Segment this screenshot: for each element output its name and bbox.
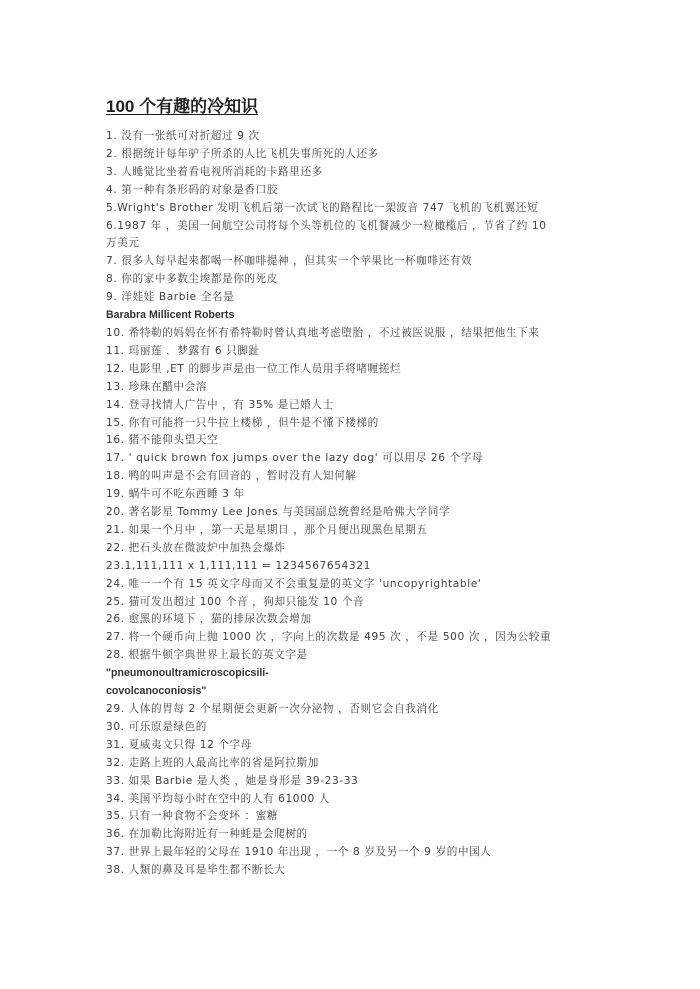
list-item: 31. 夏威夷文只得 12 个字母 bbox=[106, 737, 596, 755]
list-item-continuation: Barabra Millicent Roberts bbox=[106, 307, 596, 325]
list-item: 14. 登寻找情人广告中 ，有 35% 是已婚人士 bbox=[106, 397, 596, 415]
list-item: 35. 只有一种食物不会变坏 ：蜜糖 bbox=[106, 808, 596, 826]
list-item: 5.Wright's Brother 发明飞机后第一次试飞的路程比一架波音 74… bbox=[106, 200, 596, 218]
list-item: 24. 唯一一个有 15 英文字母而又不会重复是的英文字 'uncopyrigh… bbox=[106, 576, 596, 594]
list-item: 1. 没有一张纸可对折超过 9 次 bbox=[106, 128, 596, 146]
list-item: 10. 希特勒的妈妈在怀有希特勒时曾认真地考虑堕胎 ，不过被医说服 ，结果把他生… bbox=[106, 325, 596, 343]
list-item: 17. ' quick brown fox jumps over the laz… bbox=[106, 450, 596, 468]
list-item: 27. 将一个硬币向上抛 1000 次 ，字向上的次数是 495 次 ，不是 5… bbox=[106, 629, 596, 647]
list-item: 7. 很多人每早起来都喝一杯咖啡提神 ，但其实一个苹果比一杯咖啡还有效 bbox=[106, 253, 596, 271]
list-item-continuation: "pneumonoultramicroscopicsili- bbox=[106, 665, 596, 683]
list-item: 4. 第一种有条形码的对象是香口胶 bbox=[106, 182, 596, 200]
list-item: 6.1987 年 ，美国一间航空公司将每个头等机位的飞机餐减少一粒橄榄后 ，节省… bbox=[106, 218, 596, 236]
list-item: 33. 如果 Barbie 是人类 ，她是身形是 39-23-33 bbox=[106, 773, 596, 791]
list-item: 28. 根据牛顿字典世界上最长的英文字是 bbox=[106, 647, 596, 665]
list-item: 11. 玛丽莲 ．梦露有 6 只脚趾 bbox=[106, 343, 596, 361]
list-item: 38. 人類的鼻及耳是毕生都不断长大 bbox=[106, 862, 596, 880]
list-item: 25. 猫可发出超过 100 个音 ，狗却只能发 10 个音 bbox=[106, 594, 596, 612]
list-item: 2. 根据统计每年驴子所杀的人比飞机失事所死的人还多 bbox=[106, 146, 596, 164]
list-item: 36. 在加勒比海附近有一种蚝是会爬树的 bbox=[106, 826, 596, 844]
list-item: 22. 把石头放在微波炉中加热会爆炸 bbox=[106, 540, 596, 558]
list-item-continuation: covolcanoconiosis" bbox=[106, 683, 596, 701]
document-title: 100 个有趣的冷知识 bbox=[106, 96, 596, 118]
list-item: 12. 电影里 ,ET 的脚步声是由一位工作人员用手将啫喱搓烂 bbox=[106, 361, 596, 379]
list-item: 30. 可乐原是绿色的 bbox=[106, 719, 596, 737]
list-item: 26. 愈黑的环境下 ，猫的排尿次数会增加 bbox=[106, 611, 596, 629]
list-item: 3. 人睡觉比坐着看电视所消耗的卡路里还多 bbox=[106, 164, 596, 182]
list-item: 21. 如果一个月中 ，第一天是星期日 ，那个月便出现黑色星期五 bbox=[106, 522, 596, 540]
document-page: 100 个有趣的冷知识 1. 没有一张纸可对折超过 9 次 2. 根据统计每年驴… bbox=[106, 96, 596, 880]
list-item: 34. 美国平均每小时在空中的人有 61000 人 bbox=[106, 791, 596, 809]
list-item: 9. 洋娃娃 Barbie 全名是 bbox=[106, 289, 596, 307]
fact-list: 1. 没有一张纸可对折超过 9 次 2. 根据统计每年驴子所杀的人比飞机失事所死… bbox=[106, 128, 596, 880]
list-item: 18. 鸭的叫声是不会有回音的 ，暂时没有人知何解 bbox=[106, 468, 596, 486]
list-item: 37. 世界上最年轻的父母在 1910 年出现 ，一个 8 岁及另一个 9 岁的… bbox=[106, 844, 596, 862]
list-item: 32. 走路上班的人最高比率的省是阿拉斯加 bbox=[106, 755, 596, 773]
list-item: 16. 猪不能仰头望天空 bbox=[106, 432, 596, 450]
list-item: 8. 你的家中多数尘埃都是你的死皮 bbox=[106, 271, 596, 289]
list-item: 23.1,111,111 x 1,111,111 = 1234567654321 bbox=[106, 558, 596, 576]
list-item: 20. 著名影星 Tommy Lee Jones 与美国副总统曾经是哈佛大学同学 bbox=[106, 504, 596, 522]
list-item: 13. 珍珠在醋中会溶 bbox=[106, 379, 596, 397]
list-item: 19. 蜗牛可不吃东西睡 3 年 bbox=[106, 486, 596, 504]
list-item: 15. 你有可能将一只牛拉上楼梯 ，但牛是不懂下楼梯的 bbox=[106, 415, 596, 433]
list-item: 29. 人体的胃每 2 个星期便会更新一次分泌物 ，否则它会自我消化 bbox=[106, 701, 596, 719]
list-item-continuation: 万美元 bbox=[106, 235, 596, 253]
